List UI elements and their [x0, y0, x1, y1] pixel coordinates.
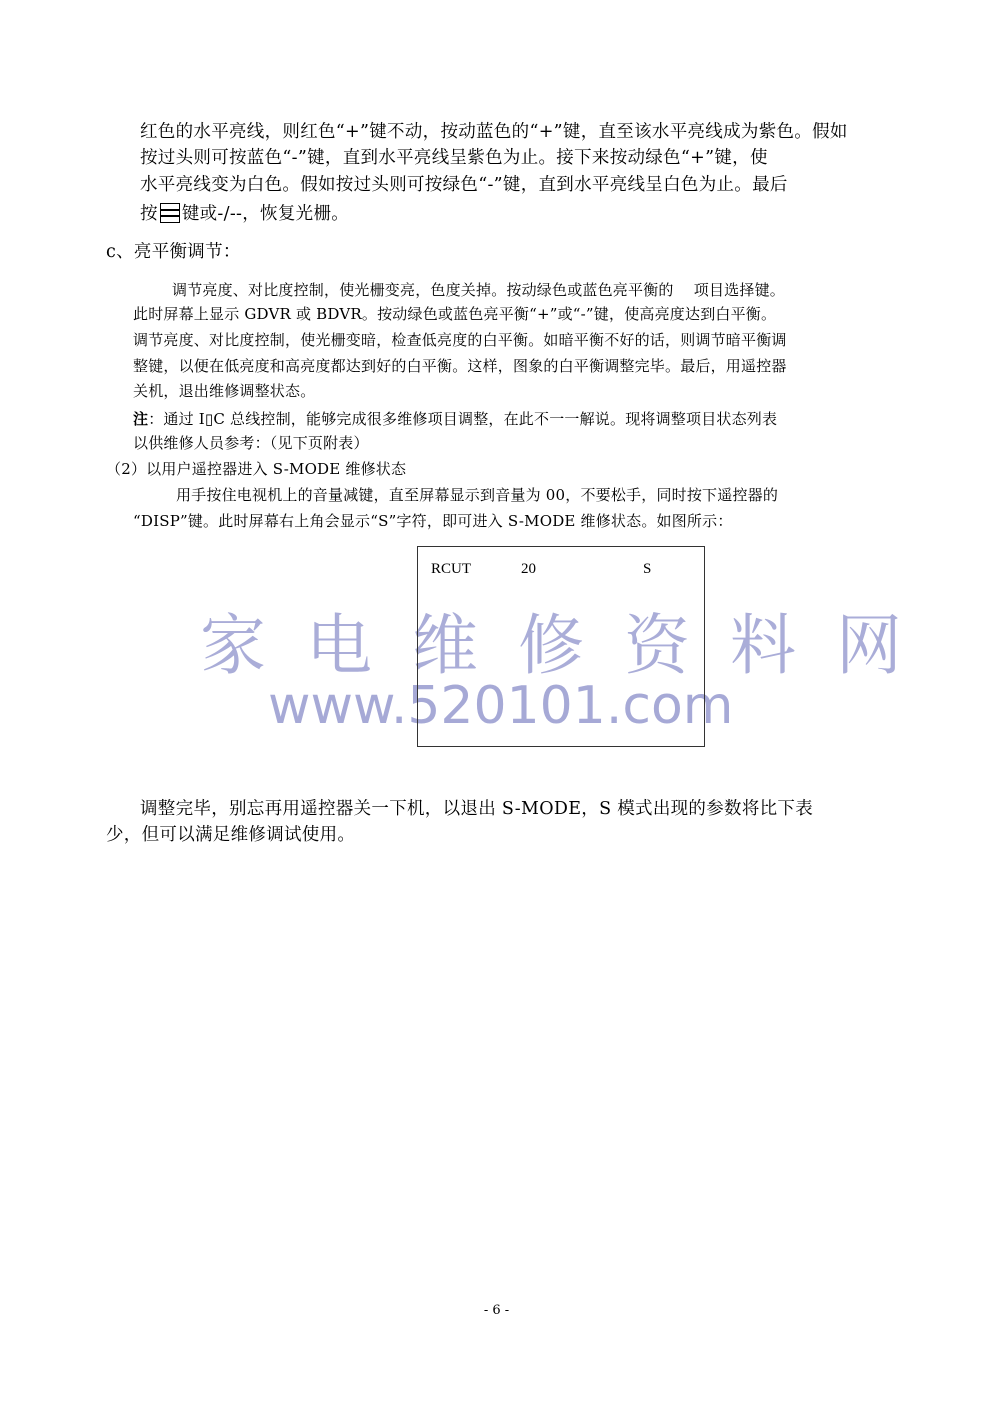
text-prefix: 按	[140, 204, 158, 224]
note-line: 注：通过 I▯C 总线控制，能够完成很多维修项目调整，在此不一一解说。现将调整项…	[133, 412, 777, 427]
body-text-line: 整键，以便在低亮度和高亮度都达到好的白平衡。这样，图象的白平衡调整完毕。最后，用…	[133, 359, 787, 374]
body-text-line: 关机，退出维修调整状态。	[133, 384, 315, 399]
menu-key-icon	[160, 203, 180, 223]
section-heading: （2）以用户遥控器进入 S-MODE 维修状态	[106, 462, 406, 477]
screen-figure: RCUT 20 S	[417, 546, 705, 747]
page-number: - 6 -	[0, 1303, 993, 1318]
screen-item-value: 20	[521, 561, 536, 578]
body-text-line: 少，但可以满足维修调试使用。	[106, 827, 355, 845]
body-text-line: 调整完毕，别忘再用遥控器关一下机，以退出 S-MODE，S 模式出现的参数将比下…	[140, 801, 813, 819]
section-heading: c、亮平衡调节：	[106, 244, 241, 262]
screen-mode-indicator: S	[643, 561, 651, 578]
body-text-line-last: 按键或-/--，恢复光栅。	[140, 203, 349, 224]
note-text: ：通过 I▯C 总线控制，能够完成很多维修项目调整，在此不一一解说。现将调整项目…	[148, 410, 777, 428]
body-text-line: 用手按住电视机上的音量减键，直至屏幕显示到音量为 00，不要松手，同时按下遥控器…	[176, 488, 778, 503]
body-text-line: 红色的水平亮线，则红色“+”键不动，按动蓝色的“+”键，直至该水平亮线成为紫色。…	[140, 124, 848, 142]
note-label: 注	[133, 410, 148, 428]
screen-item-label: RCUT	[431, 561, 471, 578]
body-text-line: “DISP”键。此时屏幕右上角会显示“S”字符，即可进入 S-MODE 维修状态…	[133, 514, 733, 529]
text-suffix: 键或-/--，恢复光栅。	[182, 204, 349, 224]
body-text-line: 调节亮度、对比度控制，使光栅变亮，色度关掉。按动绿色或蓝色亮平衡的 项目选择键。	[172, 283, 785, 298]
body-text-line: 此时屏幕上显示 GDVR 或 BDVR。按动绿色或蓝色亮平衡“+”或“-”键，使…	[133, 307, 776, 322]
body-text-line: 调节亮度、对比度控制，使光栅变暗，检查低亮度的白平衡。如暗平衡不好的话，则调节暗…	[133, 333, 787, 348]
note-line: 以供维修人员参考：（见下页附表）	[133, 436, 369, 451]
body-text-line: 水平亮线变为白色。假如按过头则可按绿色“-”键，直到水平亮线呈白色为止。最后	[140, 177, 788, 195]
body-text-line: 按过头则可按蓝色“-”键，直到水平亮线呈紫色为止。接下来按动绿色“+”键，使	[140, 150, 768, 168]
